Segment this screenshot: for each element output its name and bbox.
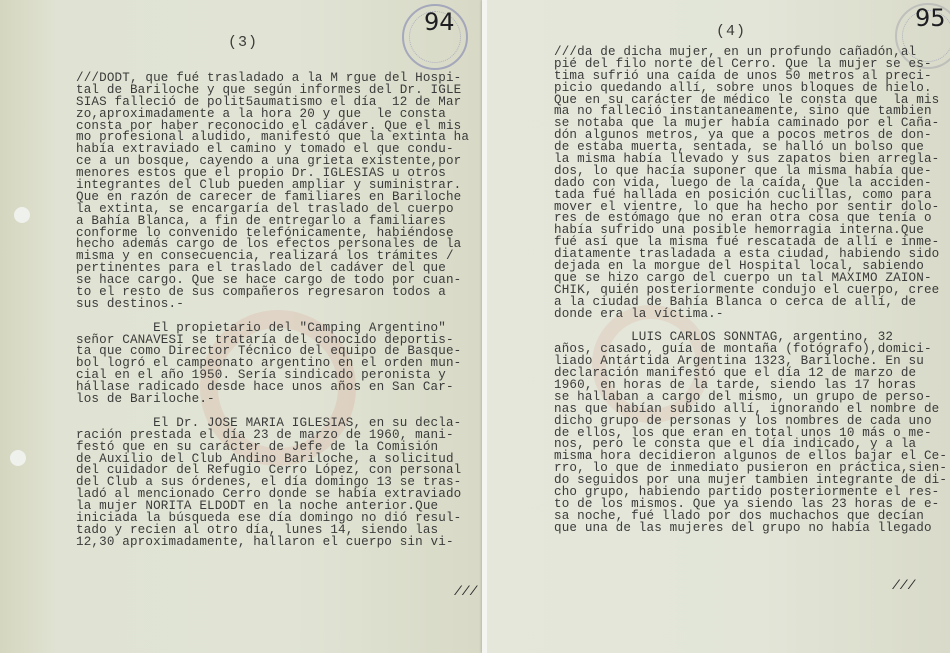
- folio-number: 94: [424, 8, 455, 36]
- page-marker: (3): [228, 34, 258, 51]
- punch-hole: [14, 207, 30, 223]
- text-line: 12,30 aproximadamente, hallaron el cuerp…: [76, 537, 469, 549]
- text-line: donde era la víctima.-: [554, 309, 947, 321]
- text-line: que una de las mujeres del grupo no habí…: [554, 523, 947, 535]
- folio-number: 95: [915, 4, 946, 32]
- continuation-mark: ///: [892, 578, 915, 593]
- punch-hole: [10, 450, 26, 466]
- text-line: sus destinos.-: [76, 299, 469, 311]
- continuation-mark: ///: [454, 584, 477, 599]
- page-marker: (4): [716, 23, 746, 40]
- page-body: ///DODT, que fué trasladado a la M rgue …: [76, 73, 469, 549]
- left-page: 94 (3) ///DODT, que fué trasladado a la …: [0, 0, 482, 653]
- page-body: ///da de dicha mujer, en un profundo cañ…: [554, 47, 947, 535]
- text-line: los de Bariloche.-: [76, 394, 469, 406]
